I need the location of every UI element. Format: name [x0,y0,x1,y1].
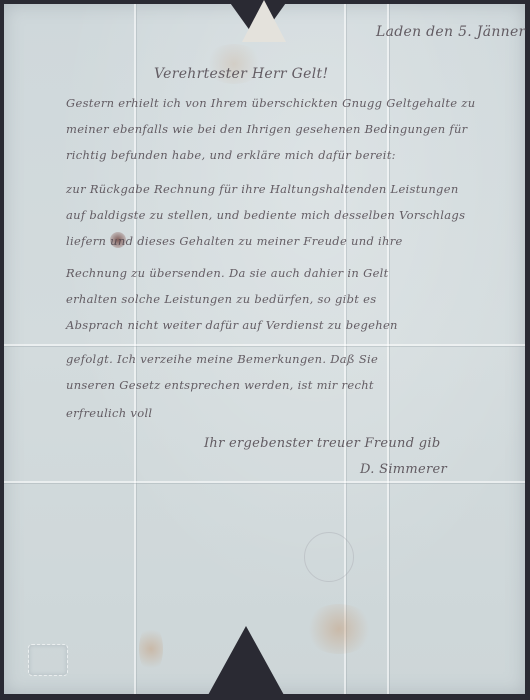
letter-body-line: erhalten solche Leistungen zu bedürfen, … [66,292,376,306]
letter-body-line: unseren Gesetz entsprechen werden, ist m… [66,378,374,392]
letter-body-line: zur Rückgabe Rechnung für ihre Haltungsh… [66,182,459,196]
letter-body-line: erfreulich voll [66,406,152,420]
foxing-stain [304,604,374,654]
letter-body-line: auf baldigste zu stellen, und bediente m… [66,208,465,222]
letter-body-line: liefern und dieses Gehalten zu meiner Fr… [66,234,403,248]
letter-signature: D. Simmerer [360,462,447,477]
letter-body-line: richtig befunden habe, und erkläre mich … [66,148,396,162]
letter-body-line: Rechnung zu übersenden. Da sie auch dahi… [66,266,389,280]
fold-line-horizontal [4,344,525,346]
paper-flap-top [242,0,286,42]
letter-dateline: Laden den 5. Jänner 1852 [376,24,530,40]
foxing-stain [139,624,163,674]
letter-body-line: Gestern erhielt ich von Ihrem überschick… [66,96,475,110]
embossed-seal [28,644,68,676]
letter-paper: Laden den 5. Jänner 1852 Verehrtester He… [4,4,525,694]
letter-body-line: Absprach nicht weiter dafür auf Verdiens… [66,318,398,332]
paper-notch-bottom [202,626,290,700]
letter-body-line: gefolgt. Ich verzeihe meine Bemerkungen.… [66,352,378,366]
fold-line-horizontal [4,481,525,483]
letter-body-line: meiner ebenfalls wie bei den Ihrigen ges… [66,122,467,136]
letter-salutation: Verehrtester Herr Gelt! [154,66,328,82]
faint-postmark [304,532,354,582]
letter-closing: Ihr ergebenster treuer Freund gib [204,436,440,451]
